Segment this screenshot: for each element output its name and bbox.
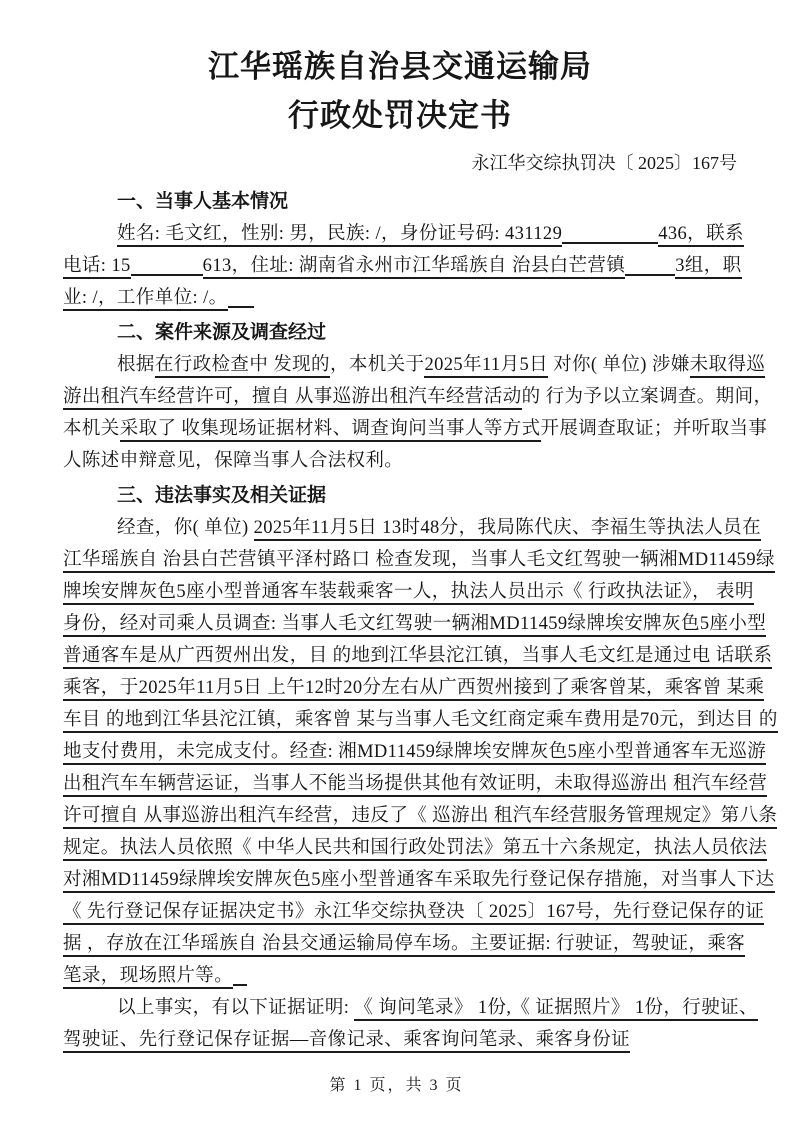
text-run: 人陈述申辩意见，保障当事人合法权利。 <box>63 451 403 471</box>
text-line: 以上事实，有以下证据证明: 《 询问笔录》 1份,《 证据照片》 1份，行驶证、 <box>63 992 737 1024</box>
text-line: 车目 的地到江华县沱江镇，乘客曾 某与当事人毛文红商定乘车费用是70元，到达目 … <box>63 704 737 736</box>
text-line: 游出租汽车经营许可，擅自 从事巡游出租汽车经营活动的 行为予以立案调查。期间， <box>63 381 737 413</box>
text-run: 3组，职 <box>675 256 741 279</box>
text-run: 经查，你( 单位) <box>117 518 254 538</box>
section-heading: 三、违法事实及相关证据 <box>63 480 737 512</box>
text-run: 许可擅自 从事巡游出租汽车经营，违反了《 巡游出 租汽车经营服务管理规定》第八条 <box>63 806 777 829</box>
redacted-gap <box>625 255 675 277</box>
text-run: 以上事实，有以下证据证明: <box>117 998 354 1018</box>
text-run: 乘客，于2025年11月5日 上午12时20分左右从广西贺州接到了乘客曾某，乘客… <box>63 678 764 701</box>
text-line: 许可擅自 从事巡游出租汽车经营，违反了《 巡游出 租汽车经营服务管理规定》第八条 <box>63 800 737 832</box>
page-footer: 第 1 页，共 3 页 <box>0 1072 793 1095</box>
text-line: 经查，你( 单位) 2025年11月5日 13时48分，我局陈代庆、李福生等执法… <box>63 512 737 544</box>
text-run: 的 行为予以立案调查。期间， <box>522 387 773 407</box>
document-title-line2: 行政处罚决定书 <box>63 91 737 140</box>
text-line: 业: /，工作单位: /。 <box>63 282 737 314</box>
text-run: 牌埃安牌灰色5座小型普通客车装载乘客一人，执法人员出示《 行政执法证》， 表明 <box>63 582 754 605</box>
text-line: 驾驶证、先行登记保存证据—音像记录、乘客询问笔录、乘客身份证 <box>63 1024 737 1056</box>
text-run: 2025年11月5日 13时48分，我局陈代庆、李福生等执法人员在 <box>254 518 761 541</box>
text-run: 2025年11月5日 <box>424 355 548 378</box>
text-line: 地支付费用，未完成支付。经查: 湘MD11459绿牌埃安牌灰色5座小型普通客车无… <box>63 736 737 768</box>
text-run: 《 先行登记保存证据决定书》永江华交综执登决〔 2025〕167号，先行登记保存… <box>63 902 764 925</box>
text-run: 对湘MD11459绿牌埃安牌灰色5座小型普通客车采取先行登记保存措施，对当事人下… <box>63 870 775 893</box>
text-run: 驾驶证、先行登记保存证据—音像记录、乘客询问笔录、乘客身份证 <box>63 1030 630 1053</box>
text-run: 开展调查取证；并听取当事 <box>541 419 768 439</box>
text-run: 电话: 15 <box>63 256 131 279</box>
text-line: 规定。执法人员依照《 中华人民共和国行政处罚法》第五十六条规定，执法人员依法 <box>63 832 737 864</box>
text-run: 出租汽车车辆营运证，当事人不能当场提供其他有效证明，未取得巡游出 租汽车经营 <box>63 774 767 797</box>
redacted-gap <box>228 287 254 309</box>
text-run: 根据 <box>117 355 155 375</box>
text-line: 身份，经对司乘人员调查: 当事人毛文红驾驶一辆湘MD11459绿牌埃安牌灰色5座… <box>63 608 737 640</box>
text-run: 436，联系 <box>658 224 744 247</box>
section-heading: 二、案件来源及调查经过 <box>63 317 737 349</box>
text-line: 乘客，于2025年11月5日 上午12时20分左右从广西贺州接到了乘客曾某，乘客… <box>63 672 737 704</box>
text-line: 普通客车是从广西贺州出发，目 的地到江华县沱江镇，当事人毛文红是通过电 话联系 <box>63 640 737 672</box>
text-run: 地支付费用，未完成支付。经查: 湘MD11459绿牌埃安牌灰色5座小型普通客车无… <box>63 742 766 765</box>
text-line: 本机关采取了 收集现场证据材料、调查询问当事人等方式开展调查取证；并听取当事 <box>63 413 737 445</box>
text-line: 电话: 15613，住址: 湖南省永州市江华瑶族自 治县白芒营镇3组，职 <box>63 250 737 282</box>
text-run: 未取得巡 <box>690 355 766 378</box>
text-run: 采取了 收集现场证据材料、调查询问当事人等方式 <box>120 419 541 442</box>
text-line: 人陈述申辩意见，保障当事人合法权利。 <box>63 445 737 477</box>
text-line: 对湘MD11459绿牌埃安牌灰色5座小型普通客车采取先行登记保存措施，对当事人下… <box>63 864 737 896</box>
redacted-gap <box>233 965 247 987</box>
text-run: 在行政检查中 发现的 <box>155 355 330 378</box>
text-line: 笔录，现场照片等。 <box>63 960 737 992</box>
document-title-line1: 江华瑶族自治县交通运输局 <box>63 42 737 91</box>
text-run: 江华瑶族自 治县白芒营镇平泽村路口 检查发现，当事人毛文红驾驶一辆湘MD1145… <box>63 550 775 573</box>
text-run: 普通客车是从广西贺州出发，目 的地到江华县沱江镇，当事人毛文红是通过电 话联系 <box>63 646 772 669</box>
text-line: 江华瑶族自 治县白芒营镇平泽村路口 检查发现，当事人毛文红驾驶一辆湘MD1145… <box>63 544 737 576</box>
text-run: 姓名: 毛文红，性别: 男，民族: /，身份证号码: 431129 <box>117 224 562 247</box>
text-run: 613，住址: 湖南省永州市江华瑶族自 治县白芒营镇 <box>203 256 626 279</box>
text-line: 据 ，存放在江华瑶族自 治县交通运输局停车场。主要证据: 行驶证，驾驶证，乘客 <box>63 928 737 960</box>
text-run: 业: /，工作单位: /。 <box>63 288 228 311</box>
redacted-gap <box>131 255 203 277</box>
text-line: 根据在行政检查中 发现的，本机关于2025年11月5日 对你( 单位) 涉嫌未取… <box>63 349 737 381</box>
text-run: 游出租汽车经营许可，擅自 从事巡游出租汽车经营活动 <box>63 387 522 410</box>
text-run: 身份，经对司乘人员调查: 当事人毛文红驾驶一辆湘MD11459绿牌埃安牌灰色5座… <box>63 614 766 637</box>
text-line: 牌埃安牌灰色5座小型普通客车装载乘客一人，执法人员出示《 行政执法证》， 表明 <box>63 576 737 608</box>
text-line: 姓名: 毛文红，性别: 男，民族: /，身份证号码: 431129436，联系 <box>63 218 737 250</box>
text-run: 本机关 <box>63 419 120 439</box>
text-line: 出租汽车车辆营运证，当事人不能当场提供其他有效证明，未取得巡游出 租汽车经营 <box>63 768 737 800</box>
text-line: 《 先行登记保存证据决定书》永江华交综执登决〔 2025〕167号，先行登记保存… <box>63 896 737 928</box>
text-run: 据 ，存放在江华瑶族自 治县交通运输局停车场。主要证据: 行驶证，驾驶证，乘客 <box>63 934 745 957</box>
text-run: 笔录，现场照片等。 <box>63 966 233 989</box>
text-run: 对你( 单位) 涉嫌 <box>548 355 690 375</box>
text-run: 《 询问笔录》 1份,《 证据照片》 1份，行驶证、 <box>354 998 758 1021</box>
document-page: 江华瑶族自治县交通运输局 行政处罚决定书 永江华交综执罚决〔 2025〕167号… <box>0 0 793 1122</box>
redacted-gap <box>562 223 658 245</box>
text-run: ，本机关于 <box>330 355 425 375</box>
document-number: 永江华交综执罚决〔 2025〕167号 <box>63 150 737 176</box>
section-heading: 一、当事人基本情况 <box>63 186 737 218</box>
document-body: 一、当事人基本情况姓名: 毛文红，性别: 男，民族: /，身份证号码: 4311… <box>63 186 737 1056</box>
text-run: 车目 的地到江华县沱江镇，乘客曾 某与当事人毛文红商定乘车费用是70元，到达目 … <box>63 710 778 733</box>
text-run: 规定。执法人员依照《 中华人民共和国行政处罚法》第五十六条规定，执法人员依法 <box>63 838 767 861</box>
